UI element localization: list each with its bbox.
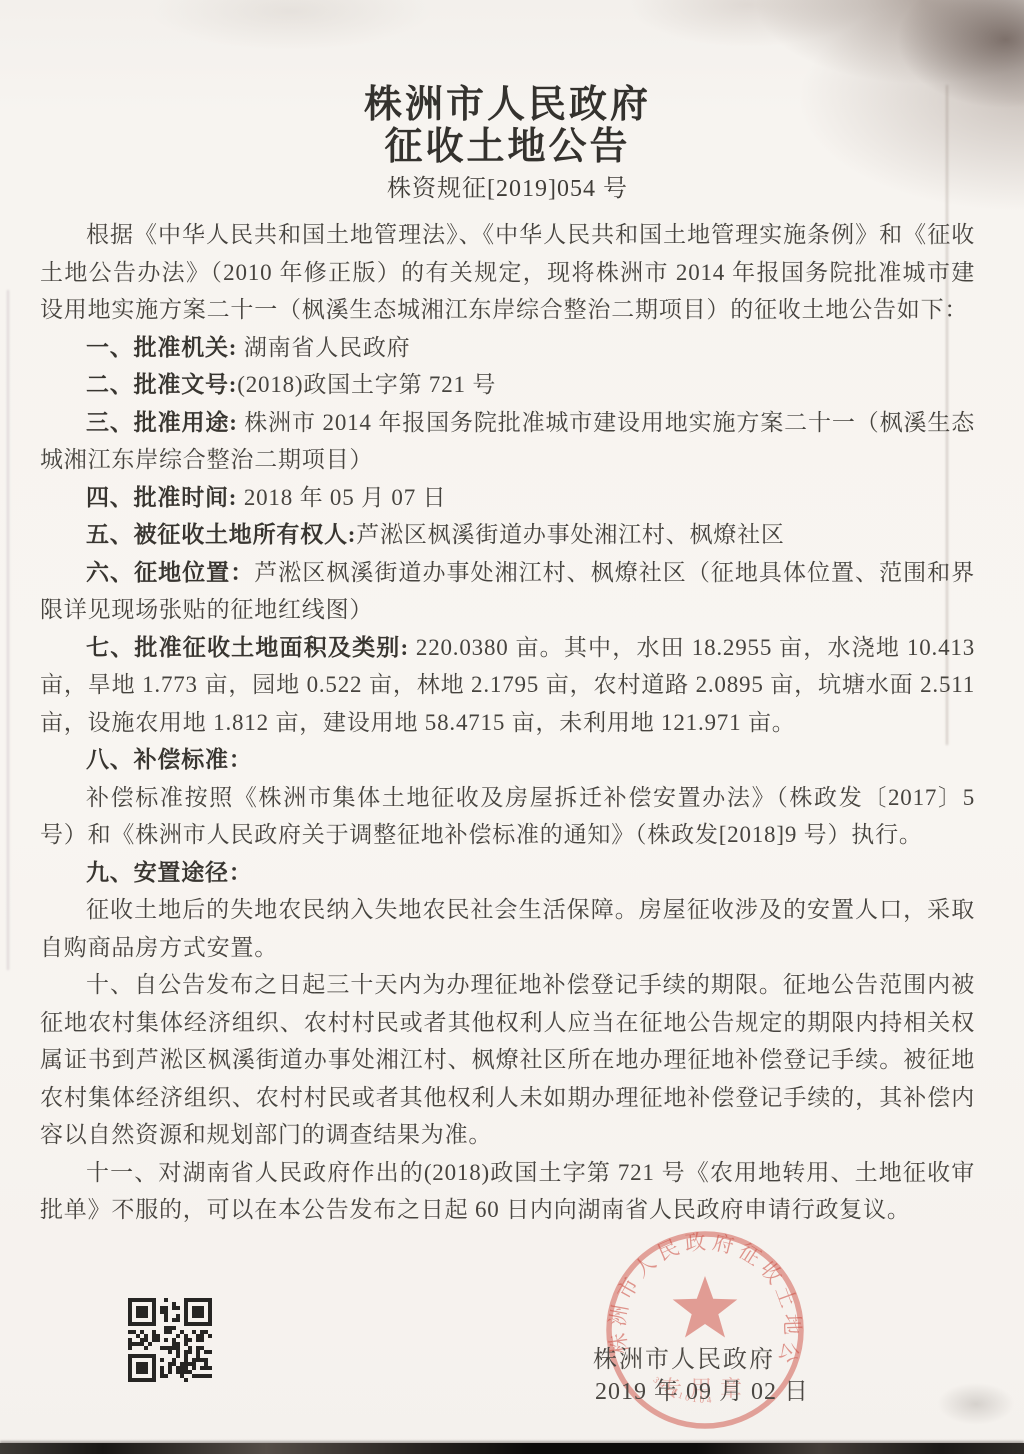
- item-7-label: 七、批准征收土地面积及类别:: [86, 635, 409, 660]
- official-seal: 株洲市人民政府征收土地公告 专用章 302010104: [595, 1222, 815, 1442]
- item-8-compensation-body: 补偿标准按照《株洲市集体土地征收及房屋拆迁补偿安置办法》（株政发〔2017〕5 …: [40, 779, 975, 854]
- document-title-line1: 株洲市人民政府: [40, 84, 975, 126]
- item-3-approved-use: 三、批准用途: 株洲市 2014 年报国务院批准城市建设用地实施方案二十一（枫溪…: [40, 404, 975, 479]
- document-body: 根据《中华人民共和国土地管理法》、《中华人民共和国土地管理实施条例》和《征收土地…: [40, 216, 975, 1229]
- signature-organization: 株洲市人民政府: [593, 1339, 775, 1374]
- intro-paragraph: 根据《中华人民共和国土地管理法》、《中华人民共和国土地管理实施条例》和《征收土地…: [40, 216, 975, 329]
- item-2-text: (2018)政国土字第 721 号: [237, 372, 496, 397]
- item-1-text: 湖南省人民政府: [237, 335, 410, 360]
- scanned-document-page: 株洲市人民政府 征收土地公告 株资规征[2019]054 号 根据《中华人民共和…: [0, 0, 1024, 1454]
- item-4-label: 四、批准时间:: [86, 485, 237, 510]
- qr-code: [128, 1295, 212, 1385]
- signature-date: 2019 年 09 月 02 日: [595, 1371, 809, 1406]
- item-1-approving-authority: 一、批准机关: 湖南省人民政府: [40, 329, 975, 367]
- item-3-label: 三、批准用途:: [86, 410, 238, 435]
- item-6-land-location: 六、征地位置：芦淞区枫溪街道办事处湘江村、枫燎社区（征地具体位置、范围和界限详见…: [40, 554, 975, 629]
- item-9-resettlement-body: 征收土地后的失地农民纳入失地农民社会生活保障。房屋征收涉及的安置人口，采取自购商…: [40, 891, 975, 966]
- item-7-land-area: 七、批准征收土地面积及类别: 220.0380 亩。其中，水田 18.2955 …: [40, 629, 975, 742]
- document-content: 株洲市人民政府 征收土地公告 株资规征[2019]054 号 根据《中华人民共和…: [0, 0, 1024, 1229]
- item-9-resettlement-heading: 九、安置途径：: [40, 854, 975, 892]
- seal-star-icon: [673, 1276, 738, 1338]
- item-6-label: 六、征地位置：: [86, 560, 254, 585]
- item-5-land-owner: 五、被征收土地所有权人:芦淞区枫溪街道办事处湘江村、枫燎社区: [40, 516, 975, 554]
- document-title-line2: 征收土地公告: [40, 126, 975, 168]
- item-2-approval-number: 二、批准文号:(2018)政国土字第 721 号: [40, 366, 975, 404]
- item-2-label: 二、批准文号:: [86, 372, 237, 397]
- item-4-approval-date: 四、批准时间: 2018 年 05 月 07 日: [40, 479, 975, 517]
- document-footer: 株洲市人民政府征收土地公告 专用章 302010104 株洲市人民政府 2019…: [40, 1266, 975, 1454]
- item-1-label: 一、批准机关:: [86, 335, 237, 360]
- item-5-label: 五、被征收土地所有权人:: [86, 522, 356, 547]
- item-11-administrative-review: 十一、对湖南省人民政府作出的(2018)政国土字第 721 号《农用地转用、土地…: [40, 1154, 975, 1229]
- item-5-text: 芦淞区枫溪街道办事处湘江村、枫燎社区: [356, 522, 784, 547]
- item-4-text: 2018 年 05 月 07 日: [237, 485, 446, 510]
- item-8-compensation-heading: 八、补偿标准：: [40, 741, 975, 779]
- document-number: 株资规征[2019]054 号: [40, 174, 975, 204]
- item-8-label: 八、补偿标准：: [86, 747, 253, 772]
- item-10-registration-deadline: 十、自公告发布之日起三十天内为办理征地补偿登记手续的期限。征地公告范围内被征地农…: [40, 966, 975, 1154]
- item-9-label: 九、安置途径：: [86, 860, 253, 885]
